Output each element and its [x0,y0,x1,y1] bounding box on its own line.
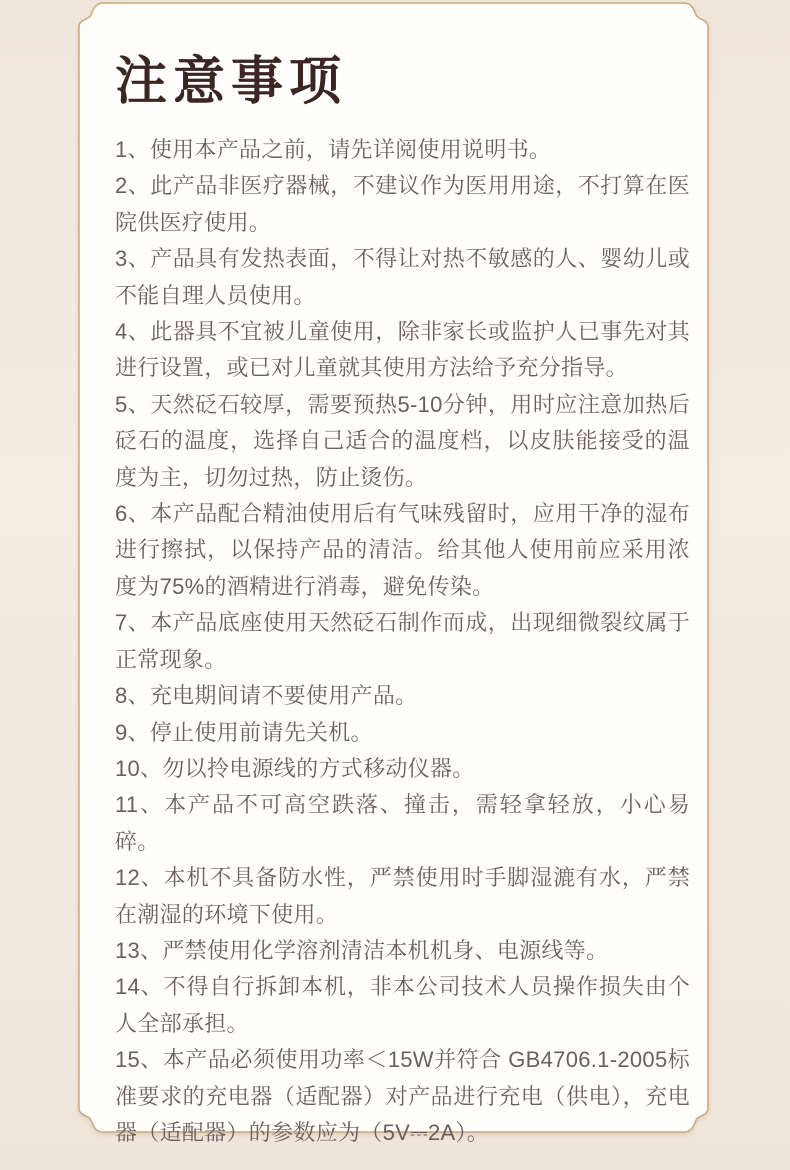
precaution-item: 15、本产品必须使用功率＜15W并符合 GB4706.1-2005标准要求的充电… [115,1042,690,1151]
precaution-item: 2、此产品非医疗器械，不建议作为医用用途，不打算在医院供医疗使用。 [115,168,690,241]
page-background: { "page": { "title": "注意事项", "colors": {… [0,0,790,1170]
precaution-item: 9、停止使用前请先关机。 [115,715,690,751]
precaution-item: 14、不得自行拆卸本机，非本公司技术人员操作损失由个人全部承担。 [115,969,690,1042]
precaution-item: 6、本产品配合精油使用后有气味残留时，应用干净的湿布进行擦拭，以保持产品的清洁。… [115,496,690,605]
precaution-item: 13、严禁使用化学溶剂清洁本机机身、电源线等。 [115,933,690,969]
precaution-item: 3、产品具有发热表面，不得让对热不敏感的人、婴幼儿或不能自理人员使用。 [115,241,690,314]
precaution-item: 5、天然砭石较厚，需要预热5-10分钟，用时应注意加热后砭石的温度，选择自己适合… [115,387,690,496]
precaution-item: 1、使用本产品之前，请先详阅使用说明书。 [115,132,690,168]
precaution-item: 11、本产品不可高空跌落、撞击，需轻拿轻放，小心易碎。 [115,787,690,860]
precaution-item: 8、充电期间请不要使用产品。 [115,678,690,714]
precaution-item: 4、此器具不宜被儿童使用，除非家长或监护人已事先对其进行设置，或已对儿童就其使用… [115,314,690,387]
precautions-list: 1、使用本产品之前，请先详阅使用说明书。2、此产品非医疗器械，不建议作为医用用途… [115,132,690,1151]
page-title: 注意事项 [115,56,690,110]
precaution-item: 10、勿以拎电源线的方式移动仪器。 [115,751,690,787]
precaution-item: 12、本机不具备防水性，严禁使用时手脚湿漉有水，严禁在潮湿的环境下使用。 [115,860,690,933]
precautions-card: 注意事项 1、使用本产品之前，请先详阅使用说明书。2、此产品非医疗器械，不建议作… [78,2,709,1133]
precaution-item: 7、本产品底座使用天然砭石制作而成，出现细微裂纹属于正常现象。 [115,605,690,678]
